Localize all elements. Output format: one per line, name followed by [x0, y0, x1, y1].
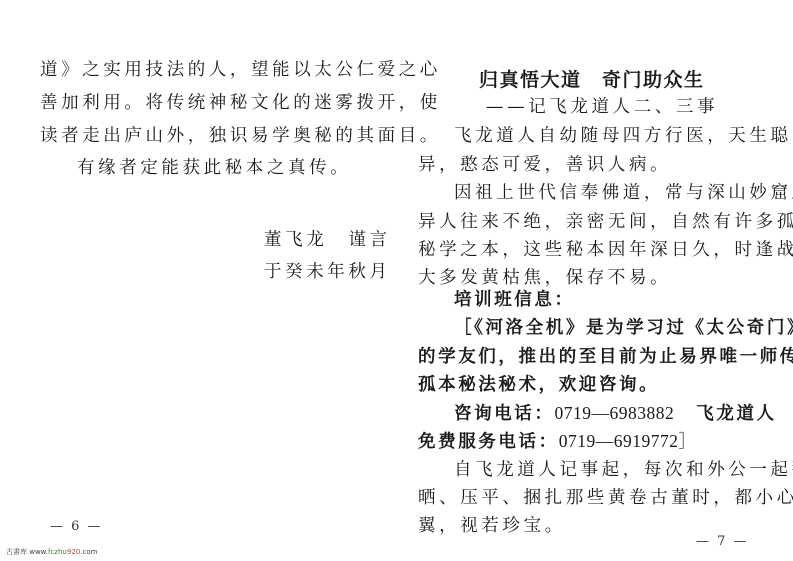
watermark-label: 古書库	[6, 548, 27, 556]
para1-line-2: 异，憨态可爱，善识人病。	[418, 155, 671, 175]
para2-line-1: 因祖上世代信奉佛道，常与深山妙窟之	[454, 183, 793, 203]
training-line-2: 的学友们，推出的至目前为止易界唯一师传	[418, 347, 793, 367]
para3-line-3: 翼，视若珍宝。	[418, 516, 566, 536]
para3-line-1: 自飞龙道人记事起，每次和外公一起翻	[454, 460, 793, 480]
watermark-url[interactable]: www.fczhu920.com	[29, 548, 97, 556]
watermark: 古書库 www.fczhu920.com	[6, 547, 97, 557]
watermark-url-prefix: www.	[29, 548, 48, 556]
left-page: 道》之实用技法的人，望能以太公仁爱之心 善加利用。将传统神秘文化的迷雾拨开，使 …	[0, 0, 396, 561]
page-number-left: — 6 —	[50, 519, 103, 534]
consult-phone: 0719—6983882	[555, 403, 675, 423]
free-phone: 0719—6919772］	[559, 431, 697, 451]
consult-row: 咨询电话：0719—6983882飞龙道人	[454, 403, 777, 424]
training-heading: 培训班信息：	[454, 290, 575, 310]
left-para-line-1: 道》之实用技法的人，望能以太公仁爱之心	[40, 60, 441, 80]
signature-author: 董飞龙 谨言	[264, 230, 391, 250]
signature-date: 于癸未年秋月	[264, 262, 391, 282]
para2-line-4: 大多发黄枯焦，保存不易。	[418, 268, 671, 288]
watermark-url-green: fczhu	[48, 548, 67, 556]
consult-label: 咨询电话：	[454, 404, 555, 424]
right-page: 归真悟大道 奇门助众生 ——记飞龙道人二、三事 飞龙道人自幼随母四方行医，天生聪…	[396, 0, 793, 561]
article-title: 归真悟大道 奇门助众生	[479, 70, 705, 90]
left-para-line-3: 读者走出庐山外，独识易学奥秘的其面目。	[40, 126, 441, 146]
watermark-url-red: 920	[67, 548, 80, 556]
free-label: 免费服务电话：	[418, 432, 559, 452]
left-para-line-2: 善加利用。将传统神秘文化的迷雾拨开，使	[40, 93, 441, 113]
training-line-1: ［《河洛全机》是为学习过《太公奇门》	[454, 318, 793, 338]
watermark-url-suffix: .com	[80, 548, 97, 556]
para3-line-2: 晒、压平、捆扎那些黄卷古董时，都小心翼	[418, 488, 793, 508]
article-subtitle: ——记飞龙道人二、三事	[486, 97, 718, 117]
para2-line-2: 异人往来不绝，亲密无间，自然有许多孤、绝	[418, 212, 793, 232]
left-para-line-4: 有缘者定能获此秘本之真传。	[77, 158, 351, 178]
free-service-row: 免费服务电话：0719—6919772］	[418, 431, 696, 452]
para2-line-3: 秘学之本，这些秘本因年深日久，时逢战乱，	[418, 240, 793, 260]
para1-line-1: 飞龙道人自幼随母四方行医，天生聪	[454, 126, 792, 146]
page-number-right: — 7 —	[696, 534, 749, 549]
consult-name: 飞龙道人	[696, 404, 776, 424]
training-line-3: 孤本秘法秘术，欢迎咨询。	[418, 375, 659, 395]
